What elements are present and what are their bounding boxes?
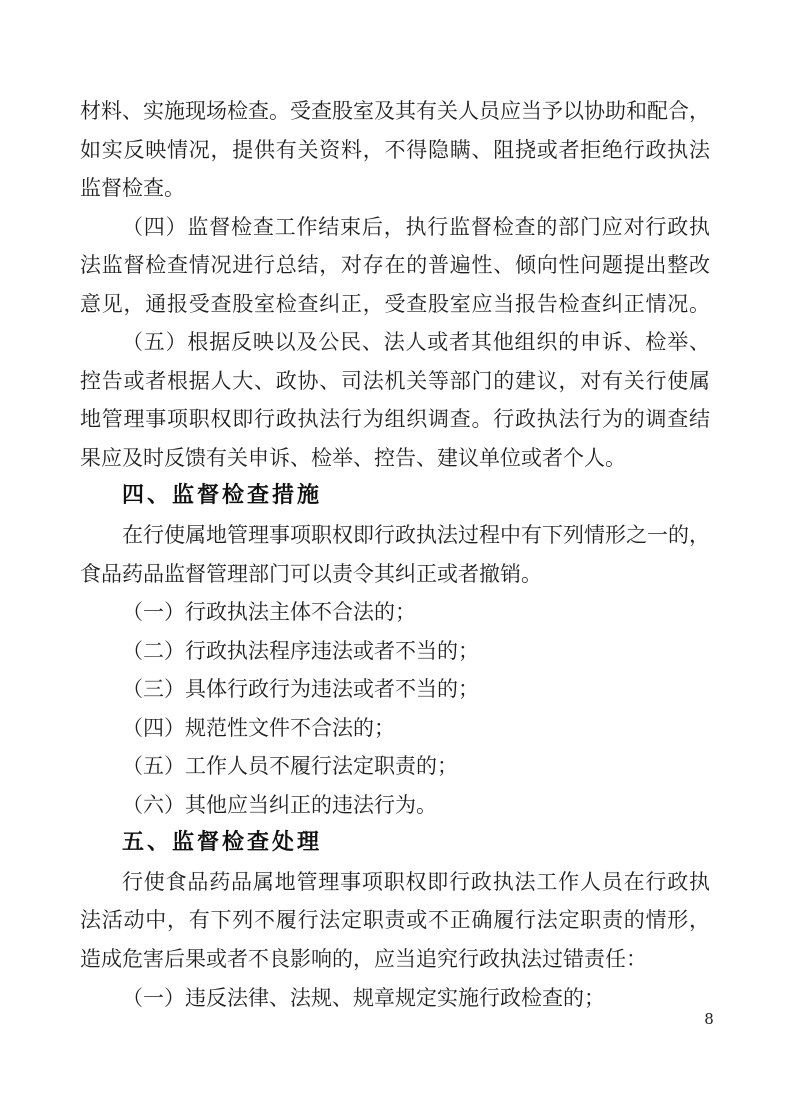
text-line: 如实反映情况，提供有关资料，不得隐瞒、阻挠或者拒绝行政执法: [80, 131, 710, 170]
text-line: 果应及时反馈有关申诉、检举、控告、建议单位或者个人。: [80, 439, 710, 478]
text-line: （四）规范性文件不合法的；: [80, 709, 710, 748]
document-body: 材料、实施现场检查。受查股室及其有关人员应当予以协助和配合，如实反映情况，提供有…: [80, 92, 710, 1017]
document-page: 材料、实施现场检查。受查股室及其有关人员应当予以协助和配合，如实反映情况，提供有…: [0, 0, 793, 1096]
text-line: 在行使属地管理事项职权即行政执法过程中有下列情形之一的，: [80, 516, 710, 555]
text-line: 控告或者根据人大、政协、司法机关等部门的建议，对有关行使属: [80, 362, 710, 401]
text-line: 行使食品药品属地管理事项职权即行政执法工作人员在行政执: [80, 863, 710, 902]
text-line: 法活动中，有下列不履行法定职责或不正确履行法定职责的情形，: [80, 901, 710, 940]
page-number: 8: [696, 1004, 722, 1034]
text-line: 意见，通报受查股室检查纠正，受查股室应当报告检查纠正情况。: [80, 285, 710, 324]
text-line: （五）根据反映以及公民、法人或者其他组织的申诉、检举、: [80, 323, 710, 362]
text-line: （六）其他应当纠正的违法行为。: [80, 786, 710, 825]
text-line: 食品药品监督管理部门可以责令其纠正或者撤销。: [80, 555, 710, 594]
text-line: （一）违反法律、法规、规章规定实施行政检查的；: [80, 979, 710, 1018]
section-heading: 五、监督检查处理: [80, 824, 710, 863]
text-line: （四）监督检查工作结束后，执行监督检查的部门应对行政执: [80, 208, 710, 247]
text-line: （五）工作人员不履行法定职责的；: [80, 747, 710, 786]
text-line: 法监督检查情况进行总结，对存在的普遍性、倾向性问题提出整改: [80, 246, 710, 285]
text-line: 监督检查。: [80, 169, 710, 208]
text-line: 地管理事项职权即行政执法行为组织调查。行政执法行为的调查结: [80, 400, 710, 439]
section-heading: 四、监督检查措施: [80, 477, 710, 516]
text-line: 材料、实施现场检查。受查股室及其有关人员应当予以协助和配合，: [80, 92, 710, 131]
text-line: 造成危害后果或者不良影响的，应当追究行政执法过错责任：: [80, 940, 710, 979]
text-line: （二）行政执法程序违法或者不当的；: [80, 632, 710, 671]
text-line: （一）行政执法主体不合法的；: [80, 593, 710, 632]
text-line: （三）具体行政行为违法或者不当的；: [80, 670, 710, 709]
